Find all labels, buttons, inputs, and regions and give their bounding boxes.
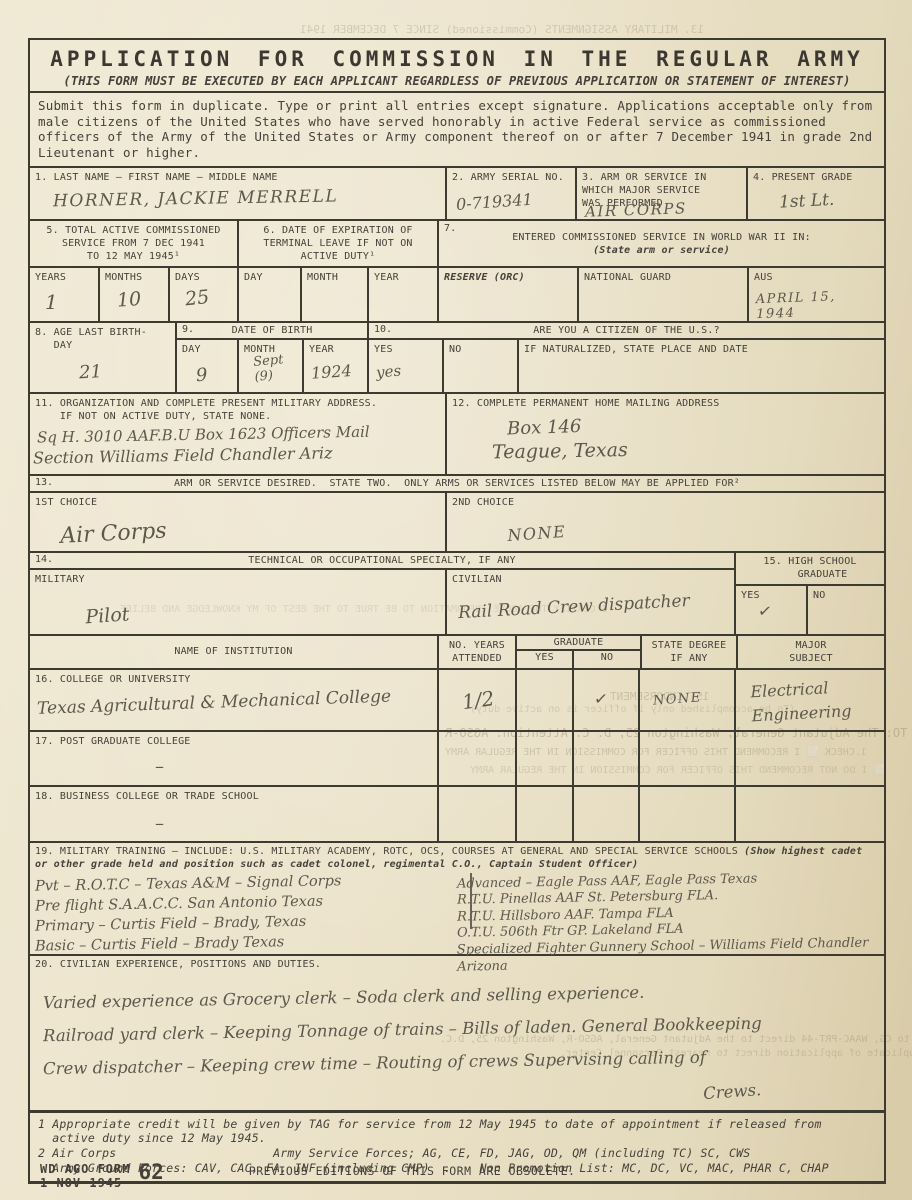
field-aus: AUS APRIL 15, 1944 xyxy=(749,268,884,321)
field-age: 8. AGE LAST BIRTH- DAY 21 xyxy=(30,323,177,392)
col-major-header: MAJOR SUBJECT xyxy=(738,636,884,668)
col-graduate-header: GRADUATE YES NO xyxy=(517,636,642,668)
field-specialty-military-value: Pilot xyxy=(85,581,441,628)
field-total-service: 5. TOTAL ACTIVE COMMISSIONED SERVICE FRO… xyxy=(30,221,239,266)
field-hs-yes: YES ✓ xyxy=(736,586,808,634)
field-postgrad: 17. POST GRADUATE COLLEGE – xyxy=(30,732,439,785)
field-serial-no-label: 2. ARMY SERIAL NO. xyxy=(452,171,570,184)
field-specialty-civilian: CIVILIAN Rail Road Crew dispatcher xyxy=(447,570,734,634)
field-hs-graduate-label: 15. HIGH SCHOOL GRADUATE xyxy=(741,555,879,581)
field-hs-graduate-header: 15. HIGH SCHOOL GRADUATE xyxy=(736,553,884,586)
field-postgrad-grad-no xyxy=(574,732,640,785)
field-citizen-columns: YES yes NO IF NATURALIZED, STATE PLACE A… xyxy=(369,340,884,392)
field-college-grad-no-check: ✓ xyxy=(594,687,634,713)
col-degree-header: STATE DEGREE IF ANY xyxy=(642,636,738,668)
field-postgrad-value: – xyxy=(155,756,432,777)
field-age-value: 21 xyxy=(79,357,171,383)
field-college-label: 16. COLLEGE OR UNIVERSITY xyxy=(35,673,432,686)
field-dob-month: MONTH Sept (9) xyxy=(239,340,304,392)
field-reserve-orc-label: RESERVE (ORC) xyxy=(444,271,572,284)
field-naturalized: IF NATURALIZED, STATE PLACE AND DATE xyxy=(519,340,884,392)
field-college-degree-value: NONE xyxy=(653,688,730,708)
field-trade-grad-yes xyxy=(517,787,574,841)
field-ww2-number: 7. xyxy=(444,222,456,235)
field-postgrad-degree xyxy=(640,732,736,785)
col-degree-label: STATE DEGREE IF ANY xyxy=(652,639,727,665)
field-trade-years xyxy=(439,787,517,841)
field-citizen-yes-label: YES xyxy=(374,343,437,356)
field-military-address: 11. ORGANIZATION AND COMPLETE PRESENT MI… xyxy=(30,394,447,474)
row-item-19: 19. MILITARY TRAINING – INCLUDE: U.S. MI… xyxy=(30,843,884,956)
field-home-address-line1: Box 146 xyxy=(507,405,880,439)
field-citizen-number: 10. xyxy=(374,324,392,335)
field-naturalized-label: IF NATURALIZED, STATE PLACE AND DATE xyxy=(524,343,879,356)
field-military-training-label-main: 19. MILITARY TRAINING – INCLUDE: U.S. MI… xyxy=(35,846,744,857)
field-ww2-label: ENTERED COMMISSIONED SERVICE IN WORLD WA… xyxy=(444,231,879,244)
field-reserve-orc: RESERVE (ORC) xyxy=(439,268,579,321)
form-date: 1 NOV 1945 xyxy=(40,1176,130,1190)
field-college-years: 1/2 xyxy=(439,670,517,730)
row-item-17: 17. POST GRADUATE COLLEGE – xyxy=(30,732,884,787)
field-months-value: 10 xyxy=(116,286,163,311)
field-national-guard: NATIONAL GUARD xyxy=(579,268,749,321)
field-terminal-leave-label: 6. DATE OF EXPIRATION OF TERMINAL LEAVE … xyxy=(244,224,432,263)
field-days-label: DAYS xyxy=(175,271,232,284)
row-item-18: 18. BUSINESS COLLEGE OR TRADE SCHOOL – xyxy=(30,787,884,843)
field-terminal-leave: 6. DATE OF EXPIRATION OF TERMINAL LEAVE … xyxy=(239,221,439,266)
row-items-5-7: 5. TOTAL ACTIVE COMMISSIONED SERVICE FRO… xyxy=(30,221,884,268)
field-serial-no-value: 0-719341 xyxy=(455,187,570,214)
row-items-8-10: 8. AGE LAST BIRTH- DAY 21 9. DATE OF BIR… xyxy=(30,323,884,394)
field-specialty-number: 14. xyxy=(35,554,53,565)
row-items-11-12: 11. ORGANIZATION AND COMPLETE PRESENT MI… xyxy=(30,394,884,476)
row-item-13: 13. ARM OR SERVICE DESIRED. STATE TWO. O… xyxy=(30,476,884,553)
field-specialty-civilian-label: CIVILIAN xyxy=(452,573,729,586)
field-college: 16. COLLEGE OR UNIVERSITY Texas Agricult… xyxy=(30,670,439,730)
form-instructions: Submit this form in duplicate. Type or p… xyxy=(30,93,884,168)
field-specialty-civilian-value: Rail Road Crew dispatcher xyxy=(458,588,730,622)
field-trade-grad-no xyxy=(574,787,640,841)
row-item-20: 20. CIVILIAN EXPERIENCE, POSITIONS AND D… xyxy=(30,956,884,1112)
field-college-grad-no: ✓ xyxy=(574,670,640,730)
field-hs-graduate-columns: YES ✓ NO xyxy=(736,586,884,634)
col-years-header: NO. YEARS ATTENDED xyxy=(439,636,517,668)
form-subtitle: (THIS FORM MUST BE EXECUTED BY EACH APPL… xyxy=(34,74,880,88)
col-years-label: NO. YEARS ATTENDED xyxy=(449,639,505,665)
row-items-14-15: 14. TECHNICAL OR OCCUPATIONAL SPECIALTY,… xyxy=(30,553,884,636)
field-aus-label: AUS xyxy=(754,271,879,284)
field-dob-header: 9. DATE OF BIRTH xyxy=(177,323,367,340)
field-citizen-yes: YES yes xyxy=(369,340,444,392)
field-postgrad-major xyxy=(736,732,884,785)
field-hs-graduate: 15. HIGH SCHOOL GRADUATE YES ✓ NO xyxy=(736,553,884,634)
field-arm-service: 3. ARM OR SERVICE IN WHICH MAJOR SERVICE… xyxy=(577,168,748,219)
form-number-value: 62 xyxy=(138,1160,163,1184)
field-last-name: 1. LAST NAME – FIRST NAME – MIDDLE NAME … xyxy=(30,168,447,219)
field-exp-month-label: MONTH xyxy=(307,271,362,284)
field-months-label: MONTHS xyxy=(105,271,163,284)
col-graduate-title: GRADUATE xyxy=(517,636,640,651)
field-specialty-military-label: MILITARY xyxy=(35,573,440,586)
field-home-address: 12. COMPLETE PERMANENT HOME MAILING ADDR… xyxy=(447,394,884,474)
col-grad-yes-header: YES xyxy=(517,651,574,668)
field-exp-year: YEAR xyxy=(369,268,439,321)
field-last-name-label: 1. LAST NAME – FIRST NAME – MIDDLE NAME xyxy=(35,171,440,184)
field-hs-yes-check: ✓ xyxy=(758,599,803,627)
col-major-label: MAJOR SUBJECT xyxy=(789,639,833,665)
field-dob-year-value: 1924 xyxy=(310,360,362,383)
field-college-major-value: Electrical Engineering xyxy=(750,673,880,728)
field-hs-no-label: NO xyxy=(813,589,879,602)
field-college-major: Electrical Engineering xyxy=(736,670,884,730)
field-trade-degree xyxy=(640,787,736,841)
field-days-value: 25 xyxy=(184,283,233,310)
field-dob-number: 9. xyxy=(182,324,194,335)
field-aus-value: APRIL 15, 1944 xyxy=(756,287,880,321)
col-grad-no-label: NO xyxy=(574,651,640,664)
field-arm-service-value: AIR CORPS xyxy=(585,199,687,221)
field-present-grade: 4. PRESENT GRADE 1st Lt. xyxy=(748,168,884,219)
form-footer: WD AGO FORM 1 NOV 1945 62 PREVIOUS EDITI… xyxy=(40,1162,880,1190)
col-graduate-yesno: YES NO xyxy=(517,651,640,668)
field-specialty-label: TECHNICAL OR OCCUPATIONAL SPECIALTY, IF … xyxy=(35,554,729,567)
row-item-16: 16. COLLEGE OR UNIVERSITY Texas Agricult… xyxy=(30,670,884,732)
obsolete-note: PREVIOUS EDITIONS OF THIS FORM ARE OBSOL… xyxy=(249,1164,576,1178)
form-sheet: APPLICATION FOR COMMISSION IN THE REGULA… xyxy=(28,38,886,1184)
field-exp-month: MONTH xyxy=(302,268,369,321)
field-citizen-yes-value: yes xyxy=(375,358,437,381)
field-military-training-label: 19. MILITARY TRAINING – INCLUDE: U.S. MI… xyxy=(35,845,879,871)
field-postgrad-years xyxy=(439,732,517,785)
field-college-value: Texas Agricultural & Mechanical College xyxy=(37,685,432,719)
field-years-value: 1 xyxy=(45,290,93,314)
footnote-line: 1 Appropriate credit will be given by TA… xyxy=(38,1117,876,1132)
field-arm-desired-label: ARM OR SERVICE DESIRED. STATE TWO. ONLY … xyxy=(35,477,879,490)
col-grad-yes-label: YES xyxy=(517,651,572,664)
field-postgrad-grad-yes xyxy=(517,732,574,785)
field-college-years-value: 1/2 xyxy=(461,683,512,713)
field-national-guard-label: NATIONAL GUARD xyxy=(584,271,742,284)
field-dob-day-value: 9 xyxy=(195,362,232,385)
field-exp-day: DAY xyxy=(239,268,302,321)
field-years: YEARS 1 xyxy=(30,268,100,321)
field-trade-school-label: 18. BUSINESS COLLEGE OR TRADE SCHOOL xyxy=(35,790,432,803)
field-college-degree: NONE xyxy=(640,670,736,730)
form-number-left: WD AGO FORM 1 NOV 1945 xyxy=(40,1162,130,1190)
field-trade-major xyxy=(736,787,884,841)
form-number-label: WD AGO FORM xyxy=(40,1162,130,1176)
field-civilian-experience-label: 20. CIVILIAN EXPERIENCE, POSITIONS AND D… xyxy=(35,958,879,971)
field-exp-day-label: DAY xyxy=(244,271,295,284)
footnote-line: active duty since 12 May 1945. xyxy=(38,1131,876,1146)
field-hs-no: NO xyxy=(808,586,884,634)
field-citizen-no: NO xyxy=(444,340,519,392)
education-table-header: NAME OF INSTITUTION NO. YEARS ATTENDED G… xyxy=(30,636,884,670)
field-citizen: 10. ARE YOU A CITIZEN OF THE U.S.? YES y… xyxy=(369,323,884,392)
field-days: DAYS 25 xyxy=(170,268,239,321)
scanned-form-page: { "colors":{"paper":"#ebe2c9","line":"#3… xyxy=(0,0,912,1200)
field-specialty-header: 14. TECHNICAL OR OCCUPATIONAL SPECIALTY,… xyxy=(30,553,734,570)
field-college-grad-yes xyxy=(517,670,574,730)
field-arm-desired-number: 13. xyxy=(35,477,53,488)
field-years-label: YEARS xyxy=(35,271,93,284)
field-present-grade-value: 1st Lt. xyxy=(779,187,880,212)
experience-line: Crews. xyxy=(703,1071,880,1103)
field-dob-day: DAY 9 xyxy=(177,340,239,392)
field-serial-no: 2. ARMY SERIAL NO. 0-719341 xyxy=(447,168,577,219)
field-specialty-columns: MILITARY Pilot CIVILIAN Rail Road Crew d… xyxy=(30,570,734,634)
field-exp-year-label: YEAR xyxy=(374,271,432,284)
field-dob-year-label: YEAR xyxy=(309,343,362,356)
field-specialty: 14. TECHNICAL OR OCCUPATIONAL SPECIALTY,… xyxy=(30,553,736,634)
field-ww2-note: (State arm or service) xyxy=(444,244,879,257)
field-citizen-label: ARE YOU A CITIZEN OF THE U.S.? xyxy=(374,324,879,337)
field-citizen-header: 10. ARE YOU A CITIZEN OF THE U.S.? xyxy=(369,323,884,340)
field-trade-school-value: – xyxy=(155,813,432,834)
field-civilian-experience-values: Varied experience as Grocery clerk – Sod… xyxy=(35,971,879,1098)
field-dob-columns: DAY 9 MONTH Sept (9) YEAR 1924 xyxy=(177,340,367,392)
col-grad-no-header: NO xyxy=(574,651,640,668)
field-age-label: 8. AGE LAST BIRTH- DAY xyxy=(35,326,170,352)
field-dob-month-value: Sept (9) xyxy=(253,352,298,386)
col-institution-label: NAME OF INSTITUTION xyxy=(174,645,292,658)
field-home-address-line2: Teague, Texas xyxy=(492,434,879,463)
field-dob-day-label: DAY xyxy=(182,343,232,356)
field-first-choice: 1ST CHOICE Air Corps xyxy=(30,493,447,551)
field-military-address-label: 11. ORGANIZATION AND COMPLETE PRESENT MI… xyxy=(35,397,440,423)
bleed-text: 13. MILITARY ASSIGNMENTS (Commissioned) … xyxy=(300,23,704,36)
form-title-box: APPLICATION FOR COMMISSION IN THE REGULA… xyxy=(30,40,884,93)
field-total-service-label: 5. TOTAL ACTIVE COMMISSIONED SERVICE FRO… xyxy=(35,224,232,263)
field-dob-label: DATE OF BIRTH xyxy=(182,324,362,337)
form-title: APPLICATION FOR COMMISSION IN THE REGULA… xyxy=(34,47,880,71)
field-date-of-birth: 9. DATE OF BIRTH DAY 9 MONTH Sept (9) YE… xyxy=(177,323,369,392)
field-citizen-no-label: NO xyxy=(449,343,512,356)
field-arm-desired-choices: 1ST CHOICE Air Corps 2ND CHOICE NONE xyxy=(30,493,884,551)
field-trade-school: 18. BUSINESS COLLEGE OR TRADE SCHOOL – xyxy=(30,787,439,841)
col-graduate-label: GRADUATE xyxy=(517,636,640,649)
field-specialty-military: MILITARY Pilot xyxy=(30,570,447,634)
field-ww2-service: 7. ENTERED COMMISSIONED SERVICE IN WORLD… xyxy=(439,221,884,266)
field-hs-yes-label: YES xyxy=(741,589,801,602)
field-postgrad-label: 17. POST GRADUATE COLLEGE xyxy=(35,735,432,748)
row-service-values: YEARS 1 MONTHS 10 DAYS 25 DAY MONTH YEAR… xyxy=(30,268,884,323)
field-last-name-value: HORNER, JACKIE MERRELL xyxy=(53,184,440,211)
form-number-block: WD AGO FORM 1 NOV 1945 62 xyxy=(40,1162,164,1190)
field-first-choice-value: Air Corps xyxy=(60,504,441,549)
field-present-grade-label: 4. PRESENT GRADE xyxy=(753,171,879,184)
field-second-choice: 2ND CHOICE NONE xyxy=(447,493,884,551)
field-arm-desired-header: 13. ARM OR SERVICE DESIRED. STATE TWO. O… xyxy=(30,476,884,493)
row-items-1-4: 1. LAST NAME – FIRST NAME – MIDDLE NAME … xyxy=(30,168,884,221)
col-institution-header: NAME OF INSTITUTION xyxy=(30,636,439,668)
field-dob-year: YEAR 1924 xyxy=(304,340,367,392)
field-months: MONTHS 10 xyxy=(100,268,170,321)
